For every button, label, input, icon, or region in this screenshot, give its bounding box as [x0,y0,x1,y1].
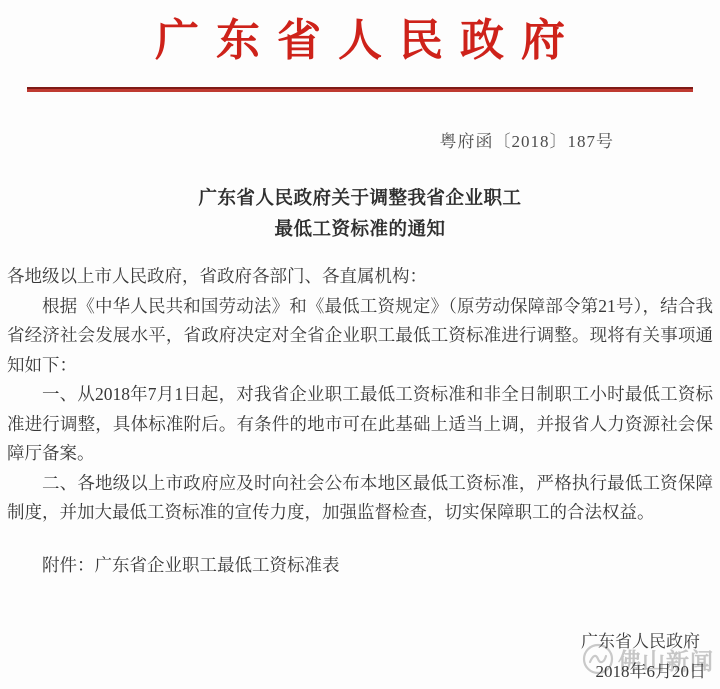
document-footer: 广东省人民政府 2018年6月20日 [581,627,706,687]
attachment-line: 附件：广东省企业职工最低工资标准表 [7,551,713,581]
paragraph-item-2: 二、各地级以上市政府应及时向社会公布本地区最低工资标准，严格执行最低工资保障制度… [7,469,713,528]
red-divider [27,87,693,92]
gov-header-title: 广东省人民政府 [0,0,720,76]
paragraph-basis: 根据《中华人民共和国劳动法》和《最低工资规定》（原劳动保障部令第21号），结合我… [7,292,713,381]
date-line: 2018年6月20日 [581,657,706,687]
document-body: 各地级以上市人民政府，省政府各部门、各直属机构： 根据《中华人民共和国劳动法》和… [0,262,720,580]
document-title-line-1: 广东省人民政府关于调整我省企业职工 [0,184,720,215]
document-title: 广东省人民政府关于调整我省企业职工 最低工资标准的通知 [0,184,720,246]
paragraph-item-1: 一、从2018年7月1日起，对我省企业职工最低工资标准和非全日制职工小时最低工资… [7,380,713,469]
signature-line: 广东省人民政府 [581,627,706,657]
document-title-line-2: 最低工资标准的通知 [0,215,720,246]
salutation-line: 各地级以上市人民政府，省政府各部门、各直属机构： [7,262,713,292]
document-page: 广东省人民政府 粤府函〔2018〕187号 广东省人民政府关于调整我省企业职工 … [0,0,720,689]
document-number: 粤府函〔2018〕187号 [0,132,720,152]
